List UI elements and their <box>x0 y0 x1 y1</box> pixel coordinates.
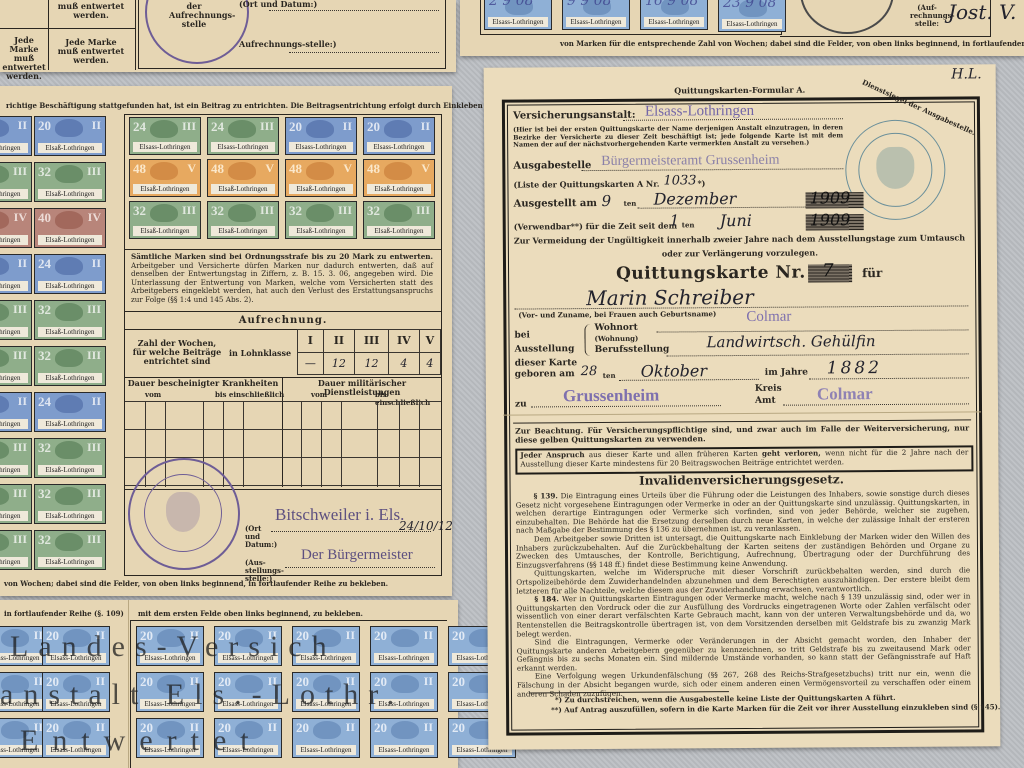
eagle-icon <box>55 349 83 367</box>
eagle-icon <box>55 395 83 413</box>
cell-column: Jede Marke muß entwertet werden. muß ent… <box>0 0 136 70</box>
eagle-icon <box>0 165 9 183</box>
law-paragraph: § 184. Wer in Quittungskarten Eintragung… <box>516 593 970 639</box>
stamp: 20IIElsass-Lothringen <box>370 718 438 758</box>
stamp: 24IIIElsass-Lothringen <box>129 117 201 155</box>
stamp: 32IIIElsaß-Lothringen <box>285 201 357 239</box>
stamp-grid: 24IIIElsass-Lothringen24IIIElsass-Lothri… <box>129 117 439 243</box>
stamp: 20IIElsass-Lothringen <box>370 626 438 666</box>
eagle-icon <box>228 120 256 138</box>
law-paragraph: Dem Arbeitgeber sowie Dritten ist unters… <box>516 532 970 570</box>
eagle-icon <box>391 629 419 647</box>
stamp: 32IIIElsaß-Lothringen <box>207 201 279 239</box>
stamp: 20IIElsass-Lothringen <box>285 117 357 155</box>
stamp: 48VElsaß-Lothringen <box>363 159 435 197</box>
eagle-icon <box>0 303 9 321</box>
overprint: anstalt Els.-Lothr. <box>0 678 404 712</box>
stamp: 32IIIElsaß-Lothringen <box>34 484 106 524</box>
eagle-icon <box>166 492 200 532</box>
stamp: 20IIElsaß-Lothringen <box>34 116 106 156</box>
law-text: § 139. Die Eintragung eines Urteils über… <box>516 489 971 698</box>
form-border: Dienstsiegel der Ausgabestelle. Versiche… <box>502 96 984 735</box>
eagle-icon <box>306 162 334 180</box>
stamp: 20IIElsaß-Lothringen <box>0 116 32 156</box>
aufrechnung-table: I II III IV V — 12 12 4 4 <box>297 329 441 375</box>
eagle-icon <box>384 204 412 222</box>
stamp: 32IIIElsaß-Lothringen <box>0 530 32 570</box>
eagle-icon <box>0 533 9 551</box>
stamp: 24IIElsaß-Lothringen <box>34 392 106 432</box>
stamp: Elsass-Lothringen 2 9 08 <box>484 0 552 30</box>
quittungskarte-card: H.L. Quittungskarten-Formular A. Diensts… <box>484 64 1001 750</box>
stamp: 40IVElsaß-Lothringen <box>34 208 106 248</box>
overprint: Entwertet <box>20 724 263 758</box>
stamp: 48VElsaß-Lothringen <box>129 159 201 197</box>
stamp: 32IIIElsaß-Lothringen <box>0 438 32 478</box>
stamp: 48VElsaß-Lothringen <box>207 159 279 197</box>
stamp: 32IIIElsaß-Lothringen <box>0 300 32 340</box>
stamp: 48VElsaß-Lothringen <box>285 159 357 197</box>
stamp: 32IIIElsaß-Lothringen <box>34 530 106 570</box>
eagle-icon <box>228 162 256 180</box>
eagle-icon <box>55 533 83 551</box>
stamp: Elsass-Lothringen 23 9 08 <box>718 0 786 32</box>
burgermeister-seal <box>128 458 240 570</box>
overprint: Landes-Versich <box>10 630 337 664</box>
law-paragraph: § 139. Die Eintragung eines Urteils über… <box>516 489 970 535</box>
eagle-icon <box>55 303 83 321</box>
eagle-icon <box>306 120 334 138</box>
eagle-icon <box>0 395 9 413</box>
eagle-icon <box>55 257 83 275</box>
stamp: 32IIIElsaß-Lothringen <box>34 300 106 340</box>
eagle-icon <box>228 204 256 222</box>
eagle-icon <box>150 204 178 222</box>
eagle-icon <box>55 119 83 137</box>
stamp: 24IIElsaß-Lothringen <box>0 254 32 294</box>
eagle-icon <box>391 721 419 739</box>
stamp: 32IIIElsaß-Lothringen <box>363 201 435 239</box>
eagle-icon <box>0 441 9 459</box>
stamp: 32IIIElsaß-Lothringen <box>0 346 32 386</box>
eagle-icon <box>55 165 83 183</box>
stamp: Elsass-Lothringen 16 9 08 <box>640 0 708 30</box>
left-card: richtige Beschäftigung stattgefunden hat… <box>0 86 452 596</box>
eagle-icon <box>55 487 83 505</box>
stamp: 32IIIElsaß-Lothringen <box>34 346 106 386</box>
karte-title: Quittungskarte Nr. <box>616 263 806 284</box>
stamp: 40IVElsaß-Lothringen <box>0 208 32 248</box>
stamp: 32IIIElsaß-Lothringen <box>129 201 201 239</box>
stamp: 24IIElsaß-Lothringen <box>0 392 32 432</box>
cancellation-notice: Sämtliche Marken sind bei Ordnungsstrafe… <box>131 253 433 305</box>
top-right-card: Elsass-Lothringen 2 9 08 Elsass-Lothring… <box>460 0 1024 56</box>
eagle-icon <box>150 162 178 180</box>
eagle-icon <box>55 441 83 459</box>
left-stamp-column: 20IIElsaß-Lothringen20IIElsaß-Lothringen… <box>0 116 120 576</box>
top-left-card: Jede Marke muß entwertet werden. muß ent… <box>0 0 456 72</box>
stamp: 32IIIElsaß-Lothringen <box>34 162 106 202</box>
bottom-left-card: in fortlaufender Reihe (§. 109) mit dem … <box>0 600 458 768</box>
eagle-icon <box>313 721 341 739</box>
eagle-icon <box>150 120 178 138</box>
stamp: Elsass-Lothringen 9 9 08 <box>562 0 630 30</box>
eagle-icon <box>876 147 914 189</box>
eagle-icon <box>0 119 9 137</box>
cell-text: Jede Marke muß entwertet werden. <box>0 36 48 81</box>
stamp: 32IIIElsaß-Lothringen <box>0 162 32 202</box>
eagle-icon <box>384 120 412 138</box>
anspruch-box: Jeder Anspruch aus dieser Karte und alle… <box>515 445 973 474</box>
stamp: 24IIIElsass-Lothringen <box>207 117 279 155</box>
eagle-icon <box>306 204 334 222</box>
beachtung-notice: Zur Beachtung. Für Versicherungspflichti… <box>515 423 969 444</box>
eagle-icon <box>0 211 9 229</box>
stamp: 20IIElsass-Lothringen <box>363 117 435 155</box>
eagle-icon <box>0 349 9 367</box>
stamp: 32IIIElsaß-Lothringen <box>34 438 106 478</box>
law-paragraph: Sind die Eintragungen, Vermerke oder Ver… <box>517 636 971 674</box>
eagle-icon <box>55 211 83 229</box>
eagle-icon <box>0 487 9 505</box>
stamp: 32IIIElsaß-Lothringen <box>0 484 32 524</box>
stamp: 24IIElsaß-Lothringen <box>34 254 106 294</box>
eagle-icon <box>384 162 412 180</box>
stamp: 20IIElsass-Lothringen <box>292 718 360 758</box>
eagle-icon <box>0 257 9 275</box>
